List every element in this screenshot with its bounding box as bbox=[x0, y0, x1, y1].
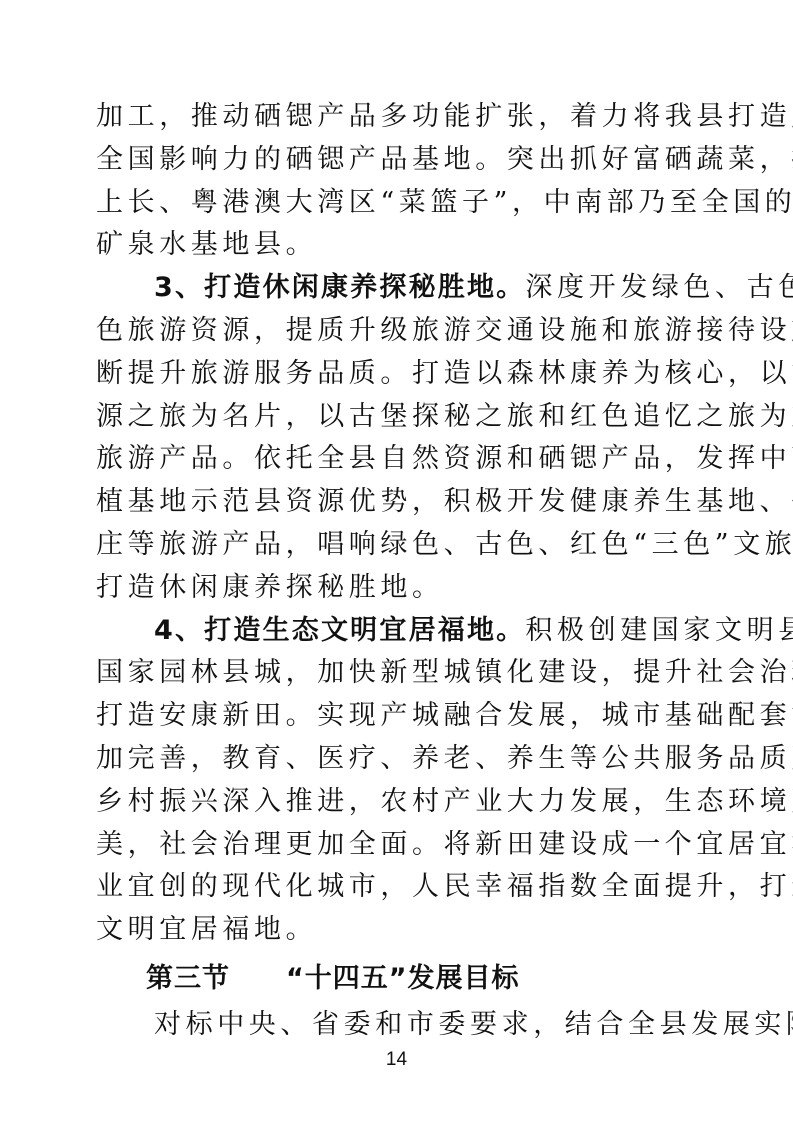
body-text: 加工，推动硒锶产品多功能扩张，着力将我县打造成具有 全国影响力的硒锶产品基地。突… bbox=[96, 96, 700, 1047]
item-3-heading: 3、打造休闲康养探秘胜地。 bbox=[154, 272, 525, 303]
text-line: 业宜创的现代化城市，人民幸福指数全面提升，打造生态 bbox=[96, 866, 700, 909]
item-4-first-line-text: 积极创建国家文明县城、 bbox=[525, 615, 793, 646]
text-line: 文明宜居福地。 bbox=[96, 909, 700, 952]
text-line: 美，社会治理更加全面。将新田建设成一个宜居宜游、宜 bbox=[96, 824, 700, 867]
text-line: 国家园林县城，加快新型城镇化建设，提升社会治理水平， bbox=[96, 652, 700, 695]
text-line: 打造安康新田。实现产城融合发展，城市基础配套设施更 bbox=[96, 695, 700, 738]
text-line: 源之旅为名片，以古堡探秘之旅和红色追忆之旅为重点的 bbox=[96, 396, 700, 439]
text-line: 色旅游资源，提质升级旅游交通设施和旅游接待设施，不 bbox=[96, 310, 700, 353]
page-number: 14 bbox=[0, 1046, 793, 1074]
section-heading: 第三节 “十四五”发展目标 bbox=[96, 954, 700, 1004]
text-line: 上长、粤港澳大湾区“菜篮子”，中南部乃至全国的富锶 bbox=[96, 182, 700, 225]
text-line: 庄等旅游产品，唱响绿色、古色、红色“三色”文旅品牌， bbox=[96, 524, 700, 567]
item-3-first-line-text: 深度开发绿色、古色、红 bbox=[525, 272, 793, 303]
text-line: 矿泉水基地县。 bbox=[96, 224, 700, 267]
document-page: 加工，推动硒锶产品多功能扩张，着力将我县打造成具有 全国影响力的硒锶产品基地。突… bbox=[0, 0, 793, 1122]
paragraph-continuation: 加工，推动硒锶产品多功能扩张，着力将我县打造成具有 全国影响力的硒锶产品基地。突… bbox=[96, 96, 700, 267]
text-line: 加工，推动硒锶产品多功能扩张，着力将我县打造成具有 bbox=[96, 96, 700, 139]
final-paragraph-line: 对标中央、省委和市委要求，结合全县发展实际，加 bbox=[96, 1004, 700, 1047]
paragraph-item-3: 3、打造休闲康养探秘胜地。深度开发绿色、古色、红 色旅游资源，提质升级旅游交通设… bbox=[96, 267, 700, 609]
paragraph-item-4: 4、打造生态文明宜居福地。积极创建国家文明县城、 国家园林县城，加快新型城镇化建… bbox=[96, 610, 700, 952]
text-line: 断提升旅游服务品质。打造以森林康养为核心，以古村寻 bbox=[96, 353, 700, 396]
item-3-first-line: 3、打造休闲康养探秘胜地。深度开发绿色、古色、红 bbox=[96, 267, 700, 310]
text-line: 加完善，教育、医疗、养老、养生等公共服务品质更优； bbox=[96, 738, 700, 781]
text-line: 全国影响力的硒锶产品基地。突出抓好富硒蔬菜，打造北 bbox=[96, 139, 700, 182]
text-line: 旅游产品。依托全县自然资源和硒锶产品，发挥中药材种 bbox=[96, 438, 700, 481]
item-4-first-line: 4、打造生态文明宜居福地。积极创建国家文明县城、 bbox=[96, 610, 700, 653]
text-line: 打造休闲康养探秘胜地。 bbox=[96, 567, 700, 610]
text-line: 植基地示范县资源优势，积极开发健康养生基地、休闲农 bbox=[96, 481, 700, 524]
item-4-heading: 4、打造生态文明宜居福地。 bbox=[154, 615, 525, 646]
text-line: 乡村振兴深入推进，农村产业大力发展，生态环境更加优 bbox=[96, 781, 700, 824]
